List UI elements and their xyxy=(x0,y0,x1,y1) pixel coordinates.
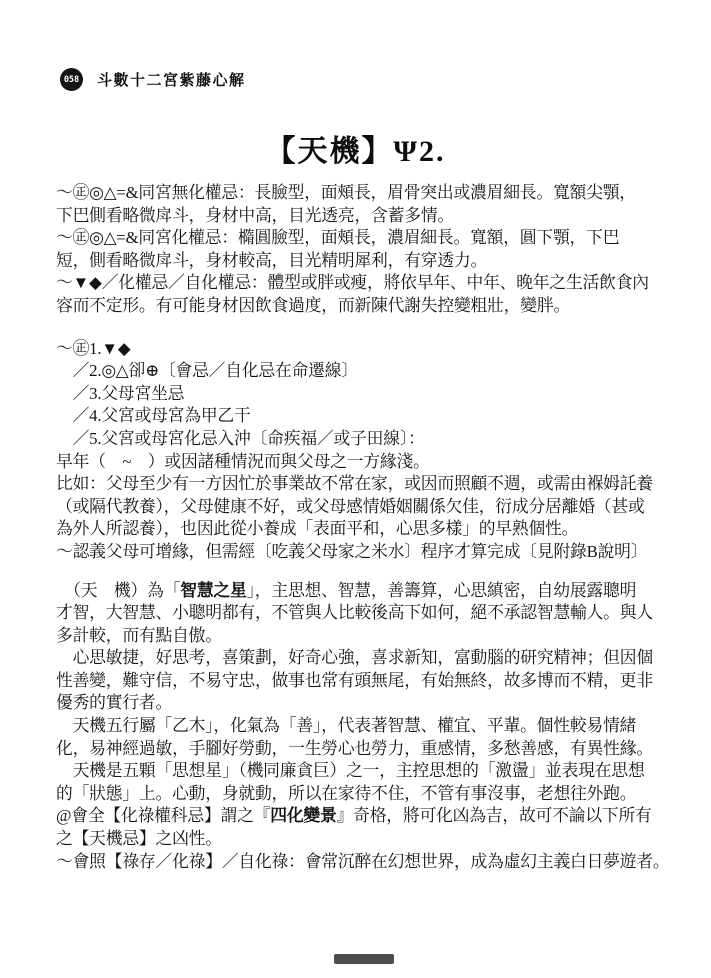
book-title: 斗數十二宮紫藤心解 xyxy=(97,69,246,90)
text-line: ／4.父宮或母宮為甲乙干 xyxy=(56,405,664,428)
text-line: ～㊣◎△=&同宮化權忌：橢圓臉型，面頰長，濃眉細長。寬額，圓下顎，下巴 xyxy=(56,227,664,250)
text-line: ～認義父母可增緣，但需經〔吃義父母家之米水〕程序才算完成〔見附錄B說明〕 xyxy=(56,541,664,564)
text-line: 容而不定形。有可能身材因飲食過度，而新陳代謝失控變粗壯，變胖。 xyxy=(56,295,664,318)
text-line: 比如：父母至少有一方因忙於事業故不常在家，或因而照顧不週，或需由褓姆託養 xyxy=(56,473,664,496)
text-line: ／5.父宮或母宮化忌入沖〔命疾福／或子田線〕： xyxy=(56,428,664,451)
text-line: 為外人所認養），也因此從小養成「表面平和，心思多樣」的早熟個性。 xyxy=(56,518,664,541)
text-line: 之【天機忌】之凶性。 xyxy=(56,828,664,851)
text-line: 心思敏捷，好思考，喜策劃，好奇心強，喜求新知，富動腦的研究精神；但因個 xyxy=(56,647,664,670)
text-line: 短，側看略微戽斗，身材較高，目光精明犀利，有穿透力。 xyxy=(56,250,664,273)
text-line: ／2.◎△卻⊕〔會忌／自化忌在命遷線〕 xyxy=(56,360,664,383)
text-line: 天機五行屬「乙木」，化氣為「善」，代表著智慧、權宜、平輩。個性較易情緒 xyxy=(56,715,664,738)
text-line: 優秀的實行者。 xyxy=(56,692,664,715)
body-text: ～㊣◎△=&同宮無化權忌：長臉型，面頰長，眉骨突出或濃眉細長。寬額尖顎，下巴側看… xyxy=(56,182,664,873)
page-header: 058 斗數十二宮紫藤心解 xyxy=(60,68,246,91)
text-line: ／3.父母宮坐忌 xyxy=(56,383,664,406)
text-line: ～㊣◎△=&同宮無化權忌：長臉型，面頰長，眉骨突出或濃眉細長。寬額尖顎， xyxy=(56,182,664,205)
text-line: （天 機）為「智慧之星」，主思想、智慧，善籌算，心思縝密，自幼展露聰明 xyxy=(56,580,664,603)
text-line: 的「狀態」上。心動，身就動，所以在家待不住，不管有事沒事，老想往外跑。 xyxy=(56,783,664,806)
text-line: 天機是五顆「思想星」（機同廉貪巨）之一，主控思想的「激盪」並表現在思想 xyxy=(56,760,664,783)
text-line: 化，易神經過敏，手腳好勞動，一生勞心也勞力，重感情，多愁善感，有異性緣。 xyxy=(56,738,664,761)
text-line: 性善變，難守信，不易守忠，做事也常有頭無尾，有始無終，故多博而不精，更非 xyxy=(56,670,664,693)
scan-artifact-bar xyxy=(334,954,394,964)
page-number-badge: 058 xyxy=(60,68,83,91)
text-line: @會全【化祿權科忌】謂之『四化變景』奇格，將可化凶為吉，故可不論以下所有 xyxy=(56,805,664,828)
book-page: 058 斗數十二宮紫藤心解 【天機】Ψ2. ～㊣◎△=&同宮無化權忌：長臉型，面… xyxy=(0,0,711,978)
text-line: 下巴側看略微戽斗，身材中高，目光透亮，含蓄多情。 xyxy=(56,205,664,228)
text-line: ～會照【祿存／化祿】／自化祿：會常沉醉在幻想世界，成為虛幻主義白日夢遊者。 xyxy=(56,851,664,874)
text-line: 多計較，而有點自傲。 xyxy=(56,625,664,648)
chapter-title: 【天機】Ψ2. xyxy=(0,126,711,170)
text-line: ～㊣1.▼◆ xyxy=(56,338,664,361)
text-line: ～▼◆／化權忌／自化權忌：體型或胖或瘦，將依早年、中年、晚年之生活飲食內 xyxy=(56,272,664,295)
text-line: 早年（ ~ ）或因諸種情況而與父母之一方緣淺。 xyxy=(56,451,664,474)
text-line: 才智，大智慧、小聰明都有，不管與人比較後高下如何，絕不承認智慧輸人。與人 xyxy=(56,602,664,625)
text-line: （或隔代教養），父母健康不好，或父母感情婚姻關係欠佳，衍成分居離婚（甚或 xyxy=(56,496,664,519)
